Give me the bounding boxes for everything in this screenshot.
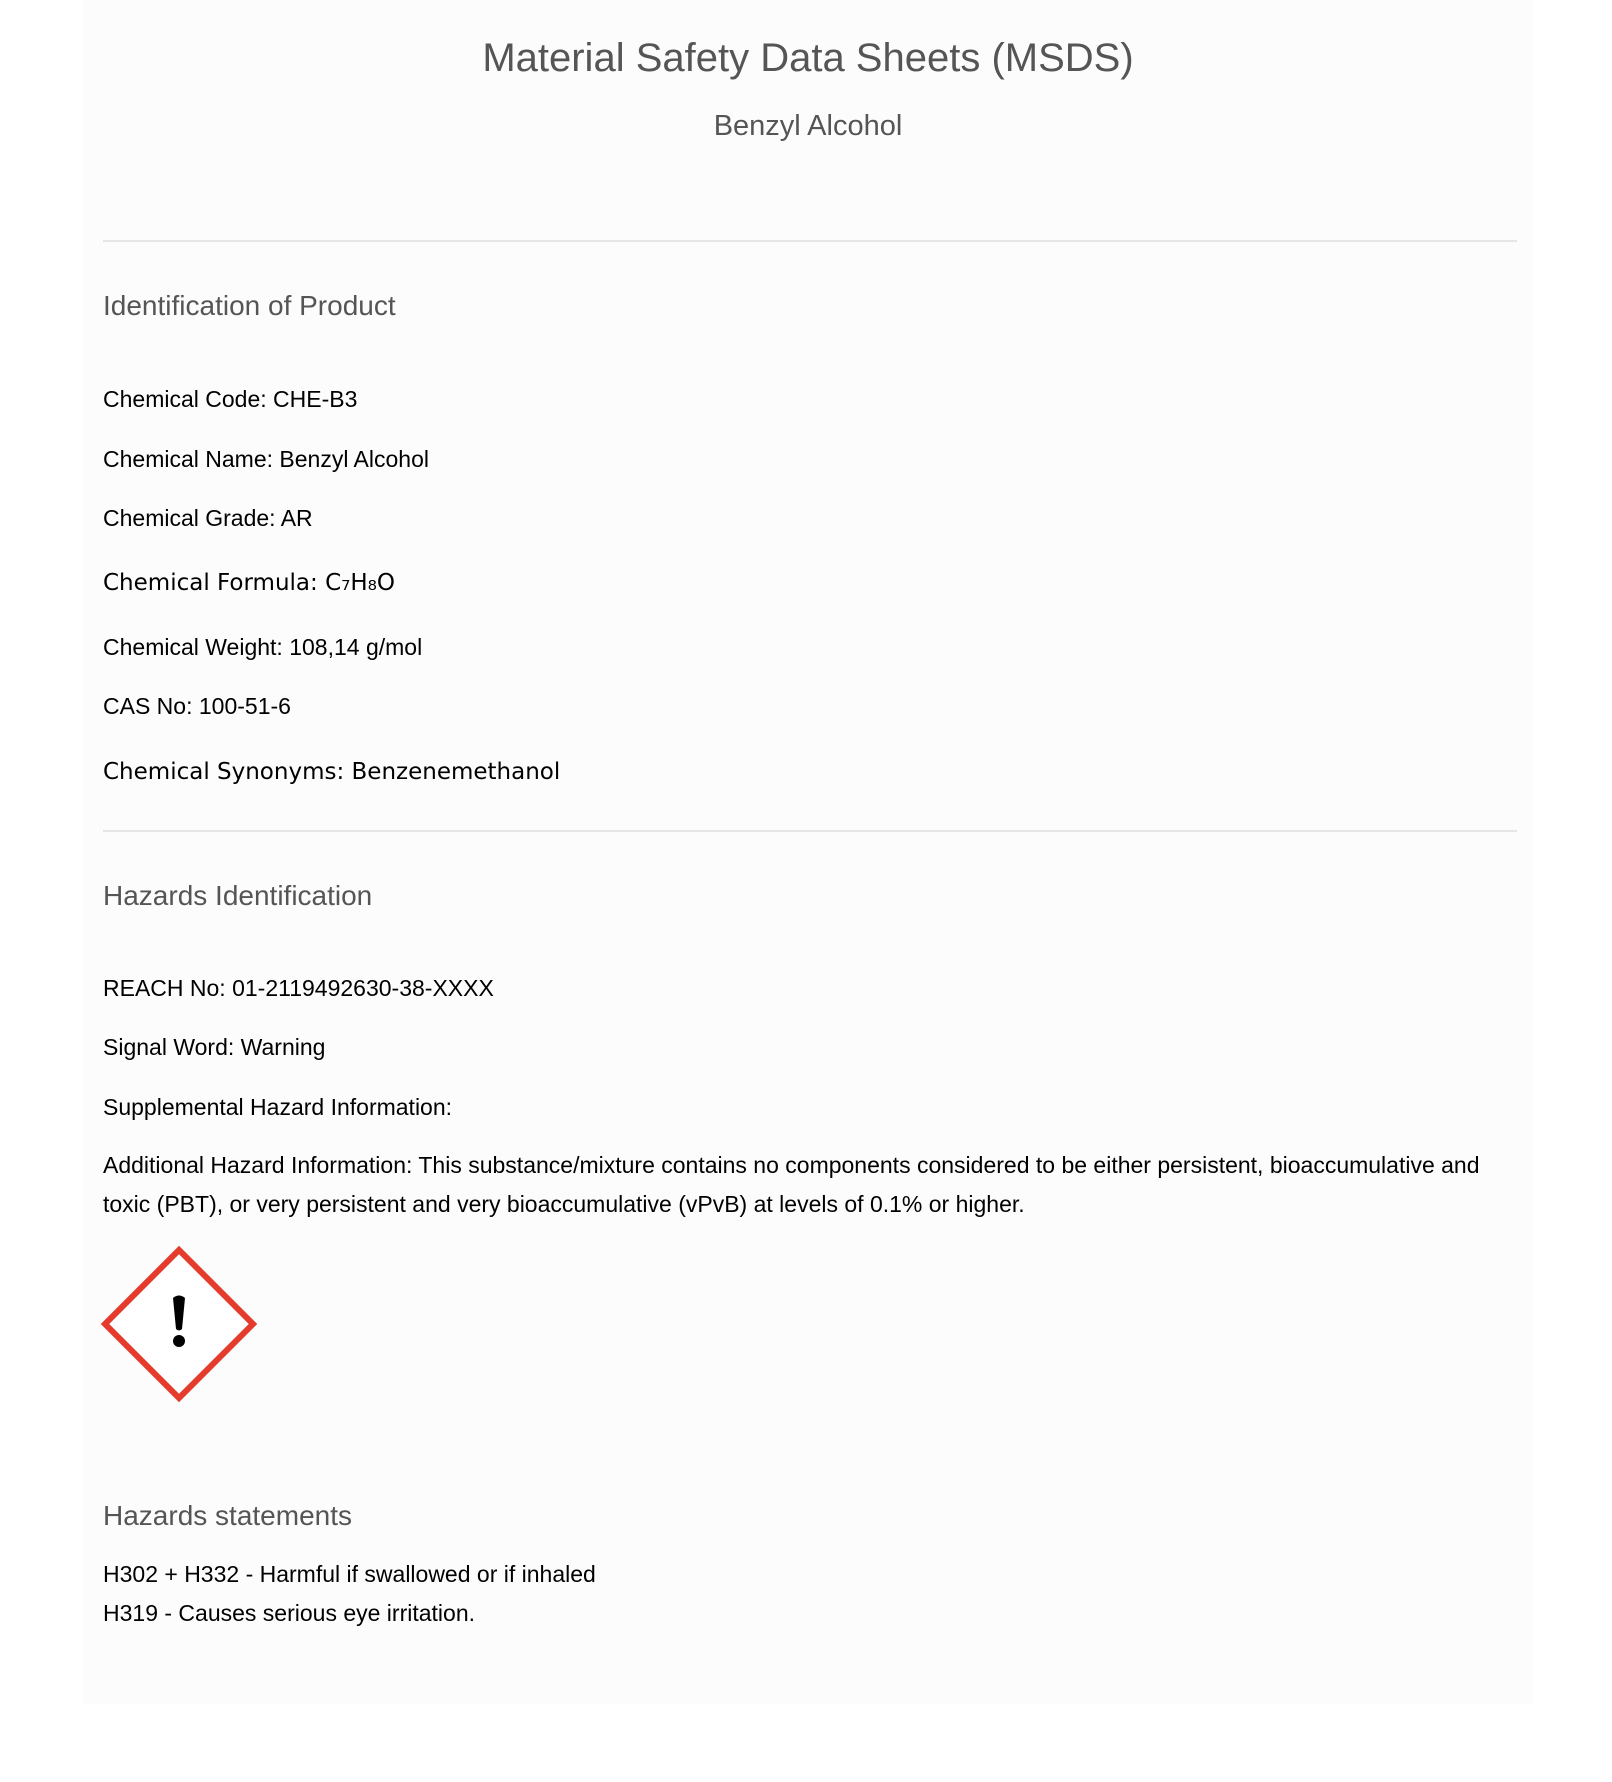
section-heading-identification: Identification of Product (103, 290, 396, 322)
field-chemical-name: Chemical Name: Benzyl Alcohol (103, 446, 429, 473)
field-signal-word: Signal Word: Warning (103, 1034, 325, 1061)
field-value: Warning (241, 1034, 326, 1060)
field-cas-no: CAS No: 100-51-6 (103, 693, 291, 720)
field-label: Additional Hazard Information: (103, 1152, 412, 1178)
msds-document: Material Safety Data Sheets (MSDS) Benzy… (82, 0, 1534, 1704)
section-heading-statements: Hazards statements (103, 1500, 352, 1532)
field-chemical-weight: Chemical Weight: 108,14 g/mol (103, 634, 422, 661)
field-reach-no: REACH No: 01-2119492630-38-XXXX (103, 975, 494, 1002)
field-value: AR (281, 505, 313, 531)
field-label: Chemical Synonyms: (103, 759, 344, 785)
divider (103, 830, 1517, 832)
field-label: Chemical Code: (103, 386, 267, 412)
field-label: Chemical Weight: (103, 634, 283, 660)
field-value: Benzyl Alcohol (279, 446, 429, 472)
field-supplemental-hazard: Supplemental Hazard Information: (103, 1094, 452, 1121)
field-label: CAS No: (103, 693, 192, 719)
field-value: 01-2119492630-38-XXXX (232, 975, 494, 1001)
field-label: Supplemental Hazard Information: (103, 1094, 452, 1120)
page-subtitle: Benzyl Alcohol (82, 110, 1534, 143)
hazard-statement: H319 - Causes serious eye irritation. (103, 1600, 475, 1627)
hazard-statement: H302 + H332 - Harmful if swallowed or if… (103, 1561, 596, 1588)
field-chemical-code: Chemical Code: CHE-B3 (103, 386, 357, 413)
section-heading-hazards: Hazards Identification (103, 880, 372, 912)
field-chemical-synonyms: Chemical Synonyms: Benzenemethanol (103, 759, 560, 785)
field-value: 100-51-6 (199, 693, 291, 719)
field-value: 108,14 g/mol (289, 634, 422, 660)
field-label: Chemical Formula: (103, 570, 318, 596)
field-chemical-grade: Chemical Grade: AR (103, 505, 313, 532)
field-value: C₇H₈O (325, 570, 395, 596)
field-label: Signal Word: (103, 1034, 234, 1060)
field-chemical-formula: Chemical Formula: C₇H₈O (103, 570, 395, 596)
page-title: Material Safety Data Sheets (MSDS) (82, 36, 1534, 81)
field-label: Chemical Grade: (103, 505, 276, 531)
field-value: Benzenemethanol (352, 759, 561, 785)
field-value: CHE-B3 (273, 386, 357, 412)
field-additional-hazard: Additional Hazard Information: This subs… (103, 1146, 1523, 1224)
field-label: REACH No: (103, 975, 226, 1001)
field-label: Chemical Name: (103, 446, 273, 472)
ghs-exclamation-mark-icon (100, 1245, 258, 1403)
divider (103, 240, 1517, 242)
